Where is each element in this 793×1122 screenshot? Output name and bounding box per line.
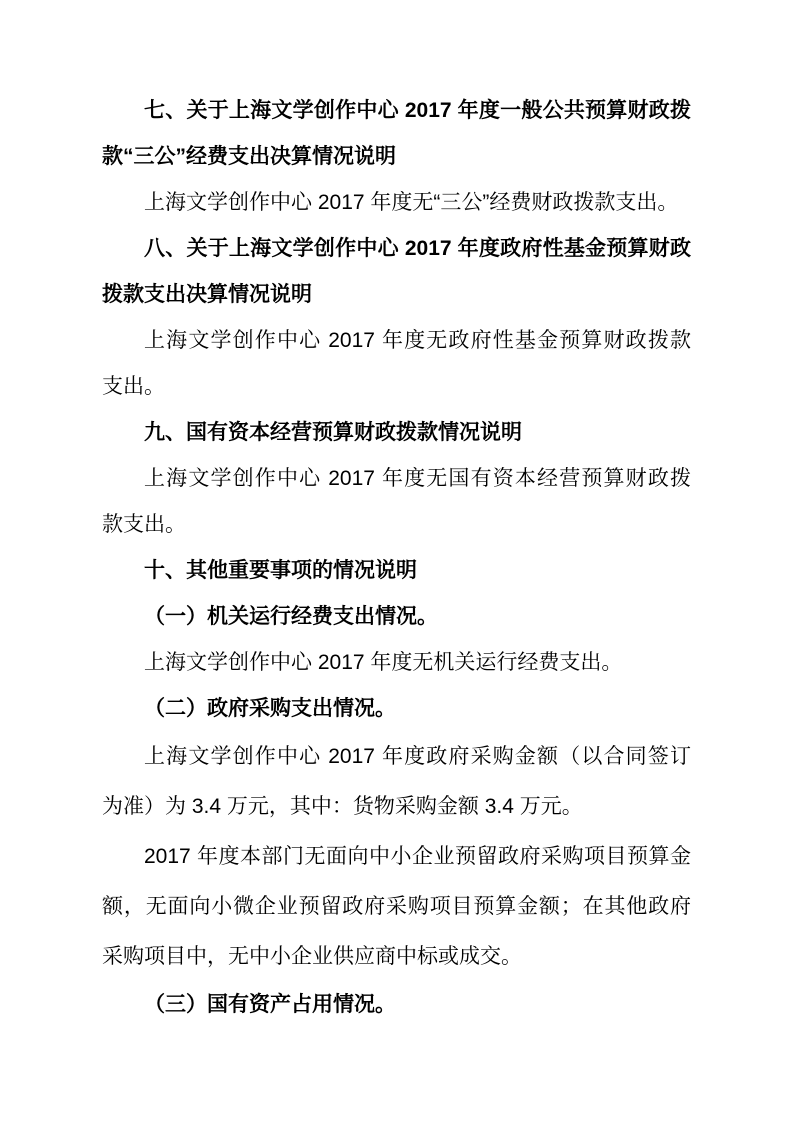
section-10-2-body-1-line-2: 为准）为 3.4 万元，其中：货物采购金额 3.4 万元。 <box>102 782 691 832</box>
section-10-2-body-1: 上海文学创作中心 2017 年度政府采购金额（以合同签订 为准）为 3.4 万元… <box>102 732 691 832</box>
section-8-heading-line-1: 八、关于上海文学创作中心 2017 年度政府性基金预算财政 <box>102 226 691 272</box>
section-10-3-heading-line-1: （三）国有资产占用情况。 <box>102 982 691 1028</box>
section-9-heading: 九、国有资本经营预算财政拨款情况说明 <box>102 410 691 456</box>
section-10-2-body-1-line-1: 上海文学创作中心 2017 年度政府采购金额（以合同签订 <box>102 732 691 782</box>
section-10-2-body-2-line-1: 2017 年度本部门无面向中小企业预留政府采购项目预算金 <box>102 832 691 882</box>
section-10-1-heading-line-1: （一）机关运行经费支出情况。 <box>102 594 691 640</box>
section-10-2-body-2-line-2: 额，无面向小微企业预留政府采购项目预算金额；在其他政府 <box>102 882 691 932</box>
section-10-2-heading-line-1: （二）政府采购支出情况。 <box>102 686 691 732</box>
section-10-3-heading: （三）国有资产占用情况。 <box>102 982 691 1028</box>
section-9-body-line-2: 款支出。 <box>102 502 691 548</box>
section-8-body: 上海文学创作中心 2017 年度无政府性基金预算财政拨款 支出。 <box>102 318 691 410</box>
section-8-heading-line-2: 拨款支出决算情况说明 <box>102 272 691 318</box>
section-10-1-body-line-1: 上海文学创作中心 2017 年度无机关运行经费支出。 <box>102 640 691 686</box>
section-8-body-line-2: 支出。 <box>102 364 691 410</box>
section-10-heading-line-1: 十、其他重要事项的情况说明 <box>102 548 691 594</box>
section-7-heading-line-2: 款“三公”经费支出决算情况说明 <box>102 134 691 180</box>
section-7-heading: 七、关于上海文学创作中心 2017 年度一般公共预算财政拨 款“三公”经费支出决… <box>102 88 691 180</box>
section-9-heading-line-1: 九、国有资本经营预算财政拨款情况说明 <box>102 410 691 456</box>
section-10-1-heading: （一）机关运行经费支出情况。 <box>102 594 691 640</box>
section-8-body-line-1: 上海文学创作中心 2017 年度无政府性基金预算财政拨款 <box>102 318 691 364</box>
section-10-1-body: 上海文学创作中心 2017 年度无机关运行经费支出。 <box>102 640 691 686</box>
section-10-2-body-2-line-3: 采购项目中，无中小企业供应商中标或成交。 <box>102 932 691 982</box>
section-9-body: 上海文学创作中心 2017 年度无国有资本经营预算财政拨 款支出。 <box>102 456 691 548</box>
section-10-2-heading: （二）政府采购支出情况。 <box>102 686 691 732</box>
section-7-body: 上海文学创作中心 2017 年度无“三公”经费财政拨款支出。 <box>102 180 691 226</box>
section-7-heading-line-1: 七、关于上海文学创作中心 2017 年度一般公共预算财政拨 <box>102 88 691 134</box>
section-7-body-line-1: 上海文学创作中心 2017 年度无“三公”经费财政拨款支出。 <box>102 180 691 226</box>
document-page: 七、关于上海文学创作中心 2017 年度一般公共预算财政拨 款“三公”经费支出决… <box>0 0 793 1122</box>
section-10-heading: 十、其他重要事项的情况说明 <box>102 548 691 594</box>
section-9-body-line-1: 上海文学创作中心 2017 年度无国有资本经营预算财政拨 <box>102 456 691 502</box>
section-8-heading: 八、关于上海文学创作中心 2017 年度政府性基金预算财政 拨款支出决算情况说明 <box>102 226 691 318</box>
section-10-2-body-2: 2017 年度本部门无面向中小企业预留政府采购项目预算金 额，无面向小微企业预留… <box>102 832 691 982</box>
